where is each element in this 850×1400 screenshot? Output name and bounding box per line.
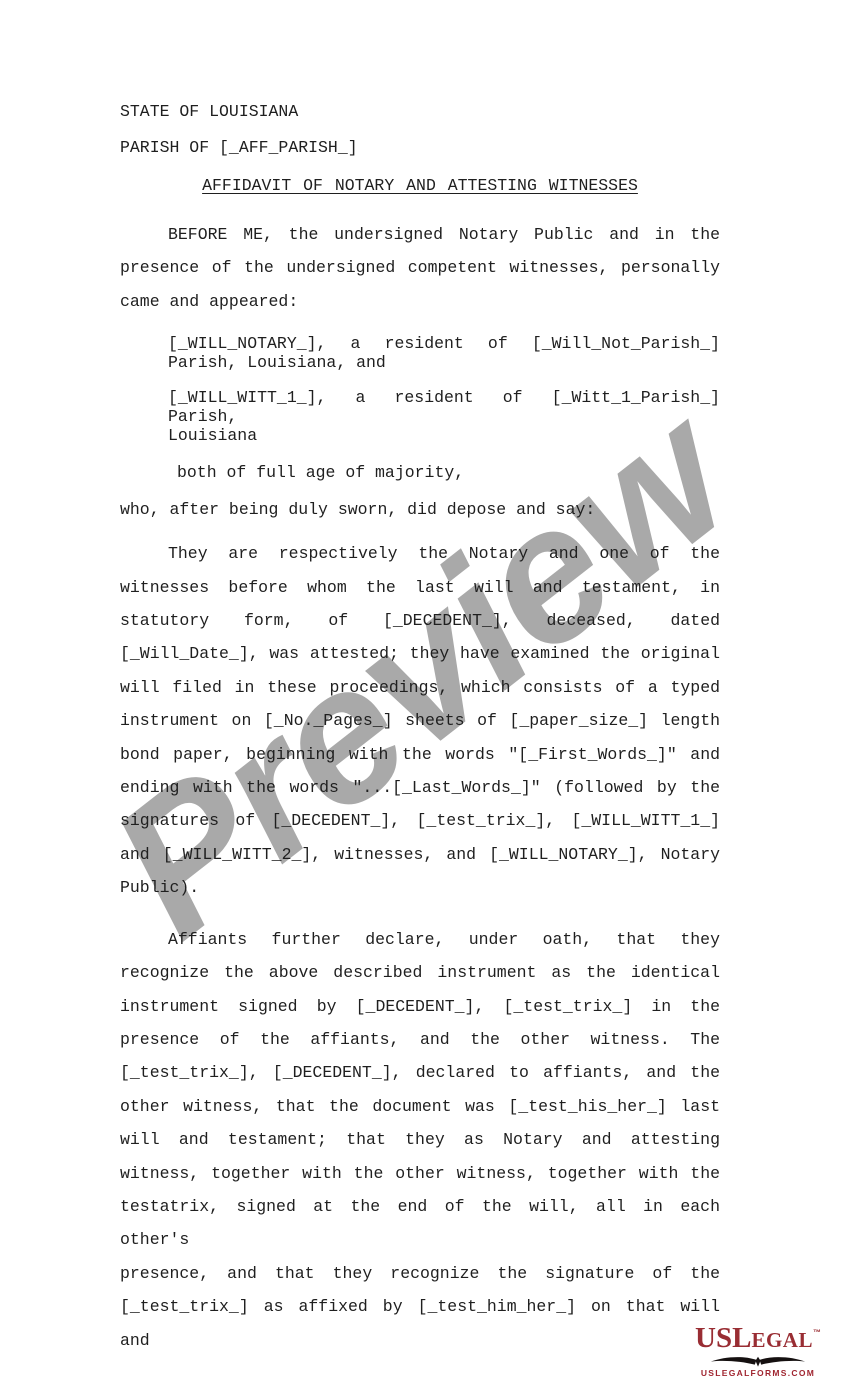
paragraph-line: came and appeared:	[120, 285, 720, 318]
trademark-symbol: ™	[813, 1328, 821, 1337]
caption-state: STATE OF LOUISIANA	[120, 94, 720, 130]
document-content: STATE OF LOUISIANA PARISH OF [_AFF_PARIS…	[120, 94, 720, 1357]
paragraph-line: will filed in these proceedings, which c…	[120, 671, 720, 704]
paragraph-line: will and testament; that they as Notary …	[120, 1123, 720, 1156]
uslegal-wordmark: USLEGAL™	[692, 1320, 824, 1356]
majority-line: both of full age of majority,	[120, 463, 720, 482]
paragraph-line: BEFORE ME, the undersigned Notary Public…	[120, 218, 720, 251]
paragraph-line: Public).	[120, 871, 720, 904]
paragraph-line: recognize the above described instrument…	[120, 956, 720, 989]
notary-appearance-clause: [_WILL_NOTARY_], a resident of [_Will_No…	[168, 334, 720, 372]
clause-line: Parish, Louisiana, and	[168, 353, 720, 372]
paragraph-line: ending with the words "...[_Last_Words_]…	[120, 771, 720, 804]
declaration-paragraph: Affiants further declare, under oath, th…	[120, 923, 720, 1357]
paragraph-line: presence of the undersigned competent wi…	[120, 251, 720, 284]
opening-paragraph: BEFORE ME, the undersigned Notary Public…	[120, 218, 720, 318]
attestation-paragraph: They are respectively the Notary and one…	[120, 537, 720, 904]
paragraph-line: witness, together with the other witness…	[120, 1157, 720, 1190]
paragraph-line: and [_WILL_WITT_2_], witnesses, and [_WI…	[120, 838, 720, 871]
wordmark-l: L	[732, 1322, 751, 1354]
paragraph-line: presence of the affiants, and the other …	[120, 1023, 720, 1056]
wordmark-us: US	[695, 1322, 732, 1354]
paragraph-line: [_test_trix_] as affixed by [_test_him_h…	[120, 1290, 720, 1357]
paragraph-line: instrument signed by [_DECEDENT_], [_tes…	[120, 990, 720, 1023]
paragraph-line: bond paper, beginning with the words "[_…	[120, 738, 720, 771]
paragraph-line: testatrix, signed at the end of the will…	[120, 1190, 720, 1257]
paragraph-line: witnesses before whom the last will and …	[120, 571, 720, 604]
caption-parish: PARISH OF [_AFF_PARISH_]	[120, 130, 720, 166]
paragraph-line: statutory form, of [_DECEDENT_], decease…	[120, 604, 720, 637]
clause-line: [_WILL_NOTARY_], a resident of [_Will_No…	[168, 334, 720, 353]
clause-line: [_WILL_WITT_1_], a resident of [_Witt_1_…	[168, 388, 720, 426]
wordmark-egal: EGAL	[751, 1328, 813, 1352]
paragraph-line: [_Will_Date_], was attested; they have e…	[120, 637, 720, 670]
uslegal-logo: USLEGAL™ USLEGALFORMS.COM	[692, 1320, 824, 1378]
eagle-icon	[702, 1356, 814, 1367]
document-title: AFFIDAVIT OF NOTARY AND ATTESTING WITNES…	[120, 166, 720, 206]
paragraph-line: signatures of [_DECEDENT_], [_test_trix_…	[120, 804, 720, 837]
paragraph-line: They are respectively the Notary and one…	[120, 537, 720, 570]
sworn-line: who, after being duly sworn, did depose …	[120, 500, 720, 519]
clause-line: Louisiana	[168, 426, 720, 445]
document-title-text: AFFIDAVIT OF NOTARY AND ATTESTING WITNES…	[202, 176, 638, 195]
paragraph-line: other witness, that the document was [_t…	[120, 1090, 720, 1123]
paragraph-line: [_test_trix_], [_DECEDENT_], declared to…	[120, 1056, 720, 1089]
witness-appearance-clause: [_WILL_WITT_1_], a resident of [_Witt_1_…	[168, 388, 720, 445]
uslegalforms-url: USLEGALFORMS.COM	[692, 1368, 824, 1378]
paragraph-line: presence, and that they recognize the si…	[120, 1257, 720, 1290]
document-page: Preview STATE OF LOUISIANA PARISH OF [_A…	[0, 0, 850, 1400]
paragraph-line: instrument on [_No._Pages_] sheets of [_…	[120, 704, 720, 737]
paragraph-line: Affiants further declare, under oath, th…	[120, 923, 720, 956]
